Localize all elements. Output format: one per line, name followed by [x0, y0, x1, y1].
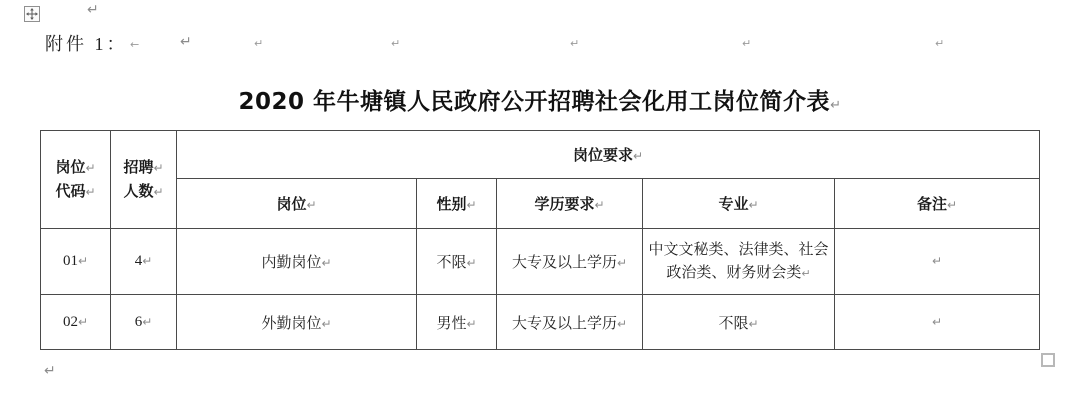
cell-text: 02 [63, 314, 78, 330]
tab-mark: ← [130, 38, 139, 51]
cell-major[interactable]: 不限↵ [643, 295, 835, 350]
header-education[interactable]: 学历要求↵ [497, 179, 643, 229]
cell-note[interactable]: ↵ [835, 229, 1040, 295]
paragraph-mark: ↵ [801, 267, 810, 280]
cell-text: 内勤岗位 [261, 255, 321, 271]
cell-position[interactable]: 外勤岗位↵ [177, 295, 417, 350]
paragraph-mark: ↵ [87, 2, 99, 18]
cell-text: 外勤岗位 [261, 316, 321, 332]
paragraph-mark: ↵ [142, 315, 152, 329]
header-major[interactable]: 专业↵ [643, 179, 835, 229]
paragraph-mark: ↵ [633, 149, 643, 163]
table-row: 02↵ 6↵ 外勤岗位↵ 男性↵ 大专及以上学历↵ 不限↵ ↵ [41, 295, 1040, 350]
header-recruit-count[interactable]: 招聘↵ 人数↵ [111, 131, 177, 229]
cell-text: 男性 [436, 316, 466, 332]
cell-major[interactable]: 中文文秘类、法律类、社会政治类、财务财会类↵ [643, 229, 835, 295]
paragraph-mark: ↵ [466, 317, 476, 331]
header-text: 岗位 [276, 195, 306, 213]
paragraph-mark: ↵ [466, 256, 476, 270]
paragraph-mark: ↵ [748, 198, 758, 212]
header-text: 岗位 [55, 158, 85, 176]
header-text: 代码 [55, 182, 85, 200]
header-requirements[interactable]: 岗位要求↵ [177, 131, 1040, 179]
cell-text: 01 [63, 253, 78, 269]
end-paragraph-mark: ↵ [44, 363, 56, 379]
table-resize-handle[interactable] [1041, 353, 1055, 367]
cell-text: 不限 [436, 255, 466, 271]
paragraph-mark: ↵ [78, 254, 88, 268]
header-note[interactable]: 备注↵ [835, 179, 1040, 229]
paragraph-mark: ↵ [748, 317, 758, 331]
header-text: 学历要求 [534, 195, 594, 213]
header-text: 岗位要求 [573, 146, 633, 164]
paragraph-mark: ↵ [85, 161, 95, 175]
paragraph-mark: ↵ [617, 317, 627, 331]
table-row: 01↵ 4↵ 内勤岗位↵ 不限↵ 大专及以上学历↵ 中文文秘类、法律类、社会政治… [41, 229, 1040, 295]
paragraph-mark: ↵ [180, 34, 192, 50]
cell-text: 大专及以上学历 [512, 316, 617, 332]
cell-note[interactable]: ↵ [835, 295, 1040, 350]
paragraph-mark: ↵ [142, 254, 152, 268]
paragraph-mark: ↵ [830, 98, 841, 113]
paragraph-mark: ↵ [935, 37, 944, 50]
paragraph-mark: ↵ [153, 161, 163, 175]
attachment-label: 附件 1： [45, 30, 128, 56]
cell-gender[interactable]: 不限↵ [417, 229, 497, 295]
table-move-handle-icon[interactable] [24, 6, 40, 22]
page-title: 2020 年牛塘镇人民政府公开招聘社会化用工岗位简介表↵ [0, 83, 1080, 116]
position-table: 岗位↵ 代码↵ 招聘↵ 人数↵ 岗位要求↵ 岗位↵ 性别↵ 学历要求↵ [40, 130, 1040, 350]
paragraph-mark: ↵ [932, 315, 942, 329]
cell-education[interactable]: 大专及以上学历↵ [497, 295, 643, 350]
paragraph-mark: ↵ [947, 198, 957, 212]
cell-code[interactable]: 01↵ [41, 229, 111, 295]
document-page: ↵ 附件 1： ← ↵ ↵ ↵ ↵ ↵ ↵ 2020 年牛塘镇人民政府公开招聘社… [0, 0, 1080, 416]
paragraph-mark: ↵ [594, 198, 604, 212]
paragraph-mark: ↵ [742, 37, 751, 50]
header-text: 人数 [123, 182, 153, 200]
paragraph-mark: ↵ [321, 256, 331, 270]
cell-count[interactable]: 6↵ [111, 295, 177, 350]
paragraph-mark: ↵ [321, 317, 331, 331]
paragraph-mark: ↵ [466, 198, 476, 212]
paragraph-mark: ↵ [85, 185, 95, 199]
paragraph-mark: ↵ [254, 37, 263, 50]
header-gender[interactable]: 性别↵ [417, 179, 497, 229]
paragraph-mark: ↵ [306, 198, 316, 212]
cell-text: 大专及以上学历 [512, 255, 617, 271]
cell-education[interactable]: 大专及以上学历↵ [497, 229, 643, 295]
paragraph-mark: ↵ [932, 254, 942, 268]
cell-text: 不限 [718, 316, 748, 332]
header-text: 专业 [718, 195, 748, 213]
cell-gender[interactable]: 男性↵ [417, 295, 497, 350]
cell-position[interactable]: 内勤岗位↵ [177, 229, 417, 295]
header-text: 性别 [436, 195, 466, 213]
header-position[interactable]: 岗位↵ [177, 179, 417, 229]
header-text: 招聘 [123, 158, 153, 176]
page-title-text: 2020 年牛塘镇人民政府公开招聘社会化用工岗位简介表 [239, 89, 831, 115]
header-text: 备注 [917, 195, 947, 213]
header-position-code[interactable]: 岗位↵ 代码↵ [41, 131, 111, 229]
paragraph-mark: ↵ [570, 37, 579, 50]
paragraph-mark: ↵ [617, 256, 627, 270]
paragraph-mark: ↵ [391, 37, 400, 50]
cell-count[interactable]: 4↵ [111, 229, 177, 295]
cell-code[interactable]: 02↵ [41, 295, 111, 350]
paragraph-mark: ↵ [78, 315, 88, 329]
paragraph-mark: ↵ [153, 185, 163, 199]
